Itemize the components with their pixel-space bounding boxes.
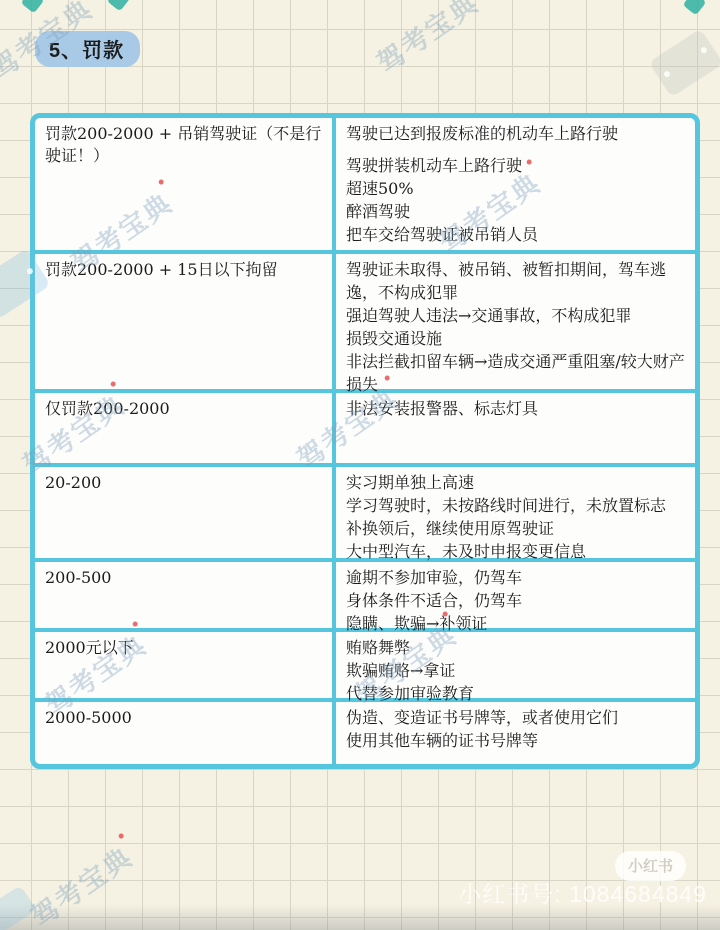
table-row: 仅罚款200-2000 非法安装报警器、标志灯具	[35, 393, 695, 467]
brand-chip-icon	[683, 0, 707, 15]
fine-amount-cell: 罚款200-2000 + 15日以下拘留	[35, 254, 336, 389]
violation-item: 强迫驾驶人违法→交通事故，不构成犯罪	[346, 304, 689, 327]
violation-item: 身体条件不适合，仍驾车	[346, 589, 689, 612]
violation-item: 非法安装报警器、标志灯具	[346, 397, 689, 420]
table-row: 罚款200-2000 + 15日以下拘留 驾驶证未取得、被吊销、被暂扣期间，驾车…	[35, 254, 695, 393]
violation-item: 补换领后，继续使用原驾驶证	[346, 517, 689, 540]
violation-item: 大中型汽车，未及时申报变更信息	[346, 540, 689, 563]
table-row: 2000-5000 伪造、变造证书号牌等，或者使用它们 使用其他车辆的证书号牌等	[35, 702, 695, 764]
fines-table: 罚款200-2000 + 吊销驾驶证（不是行驶证！） 驾驶已达到报废标准的机动车…	[30, 113, 700, 769]
violation-item: 把车交给驾驶证被吊销人员	[346, 223, 689, 246]
table-row: 20-200 实习期单独上高速 学习驾驶时，未按路线时间进行，未放置标志 补换领…	[35, 467, 695, 562]
violations-cell: 贿赂舞弊 欺骗贿赂→拿证 代替参加审验教育	[336, 632, 695, 698]
violations-cell: 非法安装报警器、标志灯具	[336, 393, 695, 463]
violations-cell: 实习期单独上高速 学习驾驶时，未按路线时间进行，未放置标志 补换领后，继续使用原…	[336, 467, 695, 558]
violation-item: 驾驶已达到报废标准的机动车上路行驶	[346, 122, 689, 145]
brand-chip-icon	[107, 0, 131, 11]
brand-watermark: 驾考宝典	[368, 0, 490, 80]
violation-item: 使用其他车辆的证书号牌等	[346, 729, 689, 752]
violation-item: 贿赂舞弊	[346, 636, 689, 659]
violation-item: 损毁交通设施	[346, 327, 689, 350]
note-page: 5、罚款 罚款200-2000 + 吊销驾驶证（不是行驶证！） 驾驶已达到报废标…	[0, 0, 720, 930]
fine-amount-cell: 2000-5000	[35, 702, 336, 764]
violations-cell: 逾期不参加审验，仍驾车 身体条件不适合，仍驾车 隐瞒、欺骗→补领证	[336, 562, 695, 628]
table-row: 200-500 逾期不参加审验，仍驾车 身体条件不适合，仍驾车 隐瞒、欺骗→补领…	[35, 562, 695, 632]
license-watermark-icon	[649, 29, 720, 98]
fine-amount-cell: 20-200	[35, 467, 336, 558]
table-row: 2000元以下 贿赂舞弊 欺骗贿赂→拿证 代替参加审验教育	[35, 632, 695, 702]
violation-item: 驾驶证未取得、被吊销、被暂扣期间，驾车逃逸，不构成犯罪	[346, 258, 689, 304]
table-row: 罚款200-2000 + 吊销驾驶证（不是行驶证！） 驾驶已达到报废标准的机动车…	[35, 118, 695, 254]
page-title: 5、罚款	[35, 31, 140, 67]
violations-cell: 驾驶已达到报废标准的机动车上路行驶 驾驶拼装机动车上路行驶 超速50% 醉酒驾驶…	[336, 118, 695, 250]
xiaohongshu-account-id: 小红书号: 1084684849	[458, 876, 707, 909]
violation-item: 实习期单独上高速	[346, 471, 689, 494]
violation-item: 超速50%	[346, 177, 689, 200]
violation-item: 驾驶拼装机动车上路行驶	[346, 154, 689, 177]
fine-amount-cell: 2000元以下	[35, 632, 336, 698]
fine-amount-cell: 仅罚款200-2000	[35, 393, 336, 463]
violation-item: 醉酒驾驶	[346, 200, 689, 223]
violation-item: 逾期不参加审验，仍驾车	[346, 566, 689, 589]
brand-chip-icon	[21, 0, 45, 13]
violation-item: 欺骗贿赂→拿证	[346, 659, 689, 682]
violations-cell: 伪造、变造证书号牌等，或者使用它们 使用其他车辆的证书号牌等	[336, 702, 695, 764]
fine-amount-cell: 罚款200-2000 + 吊销驾驶证（不是行驶证！）	[35, 118, 336, 250]
violations-cell: 驾驶证未取得、被吊销、被暂扣期间，驾车逃逸，不构成犯罪 强迫驾驶人违法→交通事故…	[336, 254, 695, 389]
violation-item: 学习驾驶时，未按路线时间进行，未放置标志	[346, 494, 689, 517]
fine-amount-cell: 200-500	[35, 562, 336, 628]
violation-item: 非法拦截扣留车辆→造成交通严重阻塞/较大财产损失	[346, 350, 689, 396]
violation-item: 伪造、变造证书号牌等，或者使用它们	[346, 706, 689, 729]
